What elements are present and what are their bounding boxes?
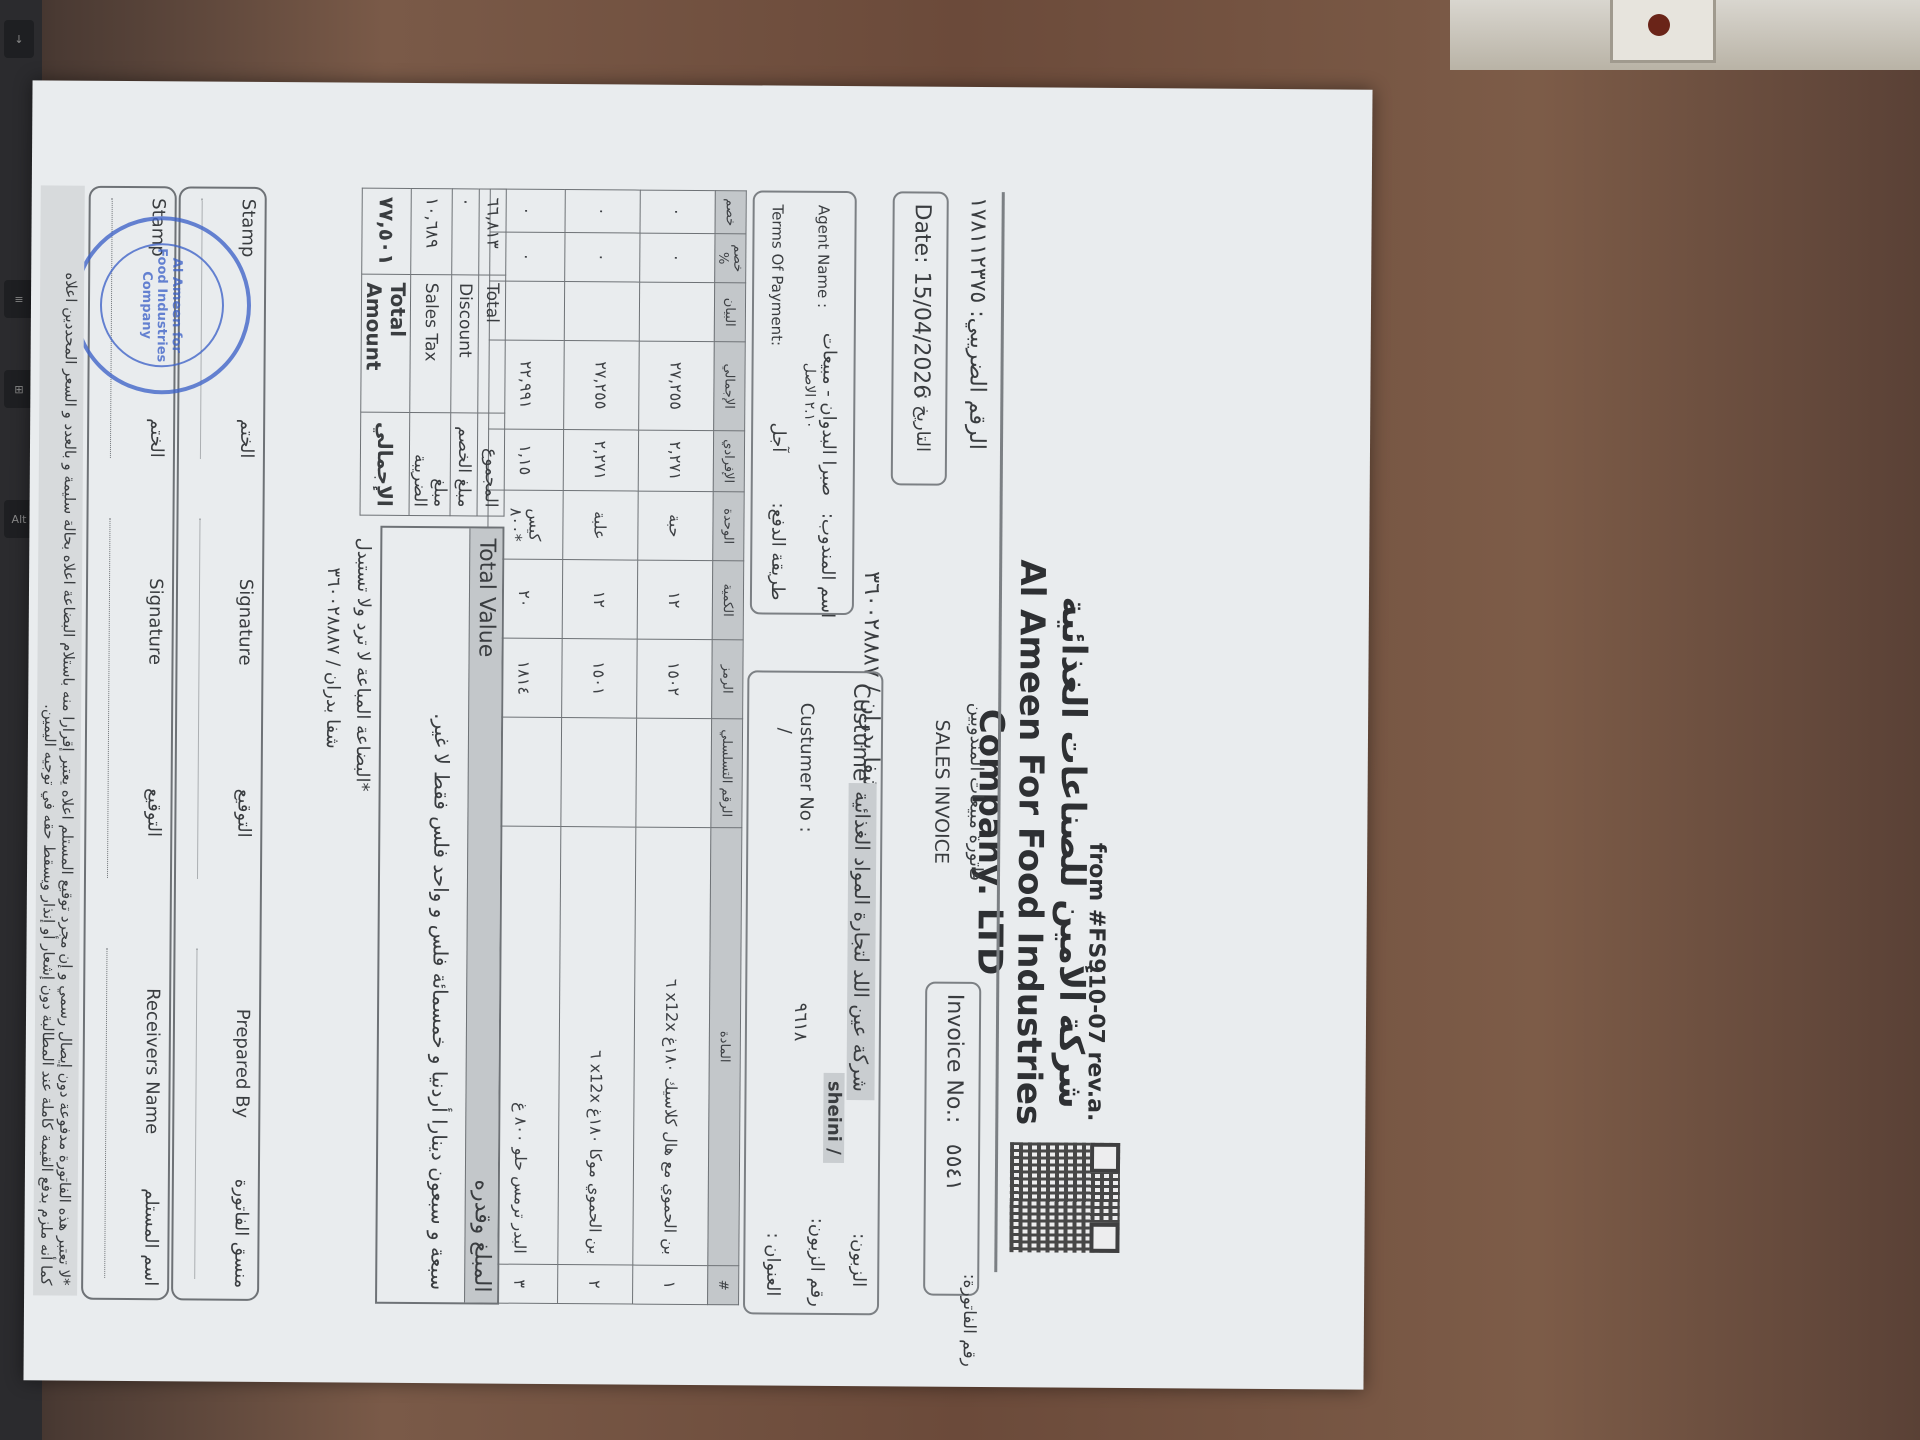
clip-dot <box>1648 14 1670 36</box>
col-discount-pct: خصم % <box>715 234 746 283</box>
totals-row: ٦٦,٨١٣Totalالمجموع <box>477 189 506 516</box>
keyboard-key: ↓ <box>4 20 34 58</box>
cell-code: ١٥٠٢ <box>637 639 713 719</box>
cell-number: ١ <box>633 1265 708 1305</box>
totals-table: ٦٦,٨١٣Totalالمجموع٠Discountمبلغ الخصم١٠,… <box>360 188 507 517</box>
invoice-no-label-ar: رقم الفاتورة: <box>959 1307 979 1367</box>
totals-label-en: Total <box>478 275 506 413</box>
invoice-no-label: Invoice No.: <box>941 994 967 1124</box>
receiver-signature-label-ar: التوقيع <box>143 788 164 837</box>
agent-name-value: صبرا البدوان - مبيعات <box>818 333 840 496</box>
col-note: البيان <box>714 283 745 342</box>
cell-discount-pct: ٠ <box>565 233 640 283</box>
invoice-page: شركة الأمين للصناعات الغذائية Al Ameen F… <box>99 96 1288 1364</box>
cell-discount-pct: ٠ <box>640 233 715 283</box>
amount-in-words: سبعة و سبعون دينارا أردنيا و خمسمائة فلس… <box>423 550 458 1290</box>
prepared-signature-line[interactable] <box>197 519 201 879</box>
prepared-by-label-ar: منسق الفاتورة <box>230 1179 252 1289</box>
keyboard-key: ≡ <box>4 280 34 318</box>
cell-code: ١٥٠١ <box>562 639 638 719</box>
customer-no-label: Custumer No : <box>795 703 817 833</box>
cell-note <box>639 282 714 342</box>
receiver-name-line[interactable] <box>104 948 107 1278</box>
doc-title-ar: فاتورة مبيعات المندوبين <box>965 662 988 922</box>
prepared-by-line[interactable] <box>194 949 197 1279</box>
prepared-signature-label-ar: التوقيع <box>233 789 254 838</box>
clip-holder <box>1610 0 1716 63</box>
amount-in-words-label: المبلغ وقدره <box>469 1179 495 1292</box>
address-label-ar: العنوان : <box>762 1232 783 1296</box>
customer-no-slash: / <box>774 728 795 734</box>
cell-unit-price: ٢,٢٧١ <box>563 430 638 492</box>
prepared-by-label: Prepared By <box>231 1009 253 1118</box>
customer-box: Custume شركة عين اللد لتجارة المواد الغذ… <box>743 670 883 1315</box>
payment-label-ar: طريقة الدفع: <box>767 502 789 600</box>
customer-no-value: ٩٦١٨ <box>790 1003 811 1042</box>
customer-label: Custume <box>848 683 874 781</box>
cell-serial <box>561 718 637 828</box>
payment-label: Terms Of Payment: <box>768 204 787 346</box>
receiver-name-label-ar: اسم المستلم <box>140 1188 162 1286</box>
totals-label-ar: المجموع <box>477 413 505 516</box>
date-label: Date: <box>909 203 934 263</box>
date-value: 15/04/2026 <box>908 271 934 398</box>
receiver-stamp-label-ar: الختم <box>146 418 167 458</box>
cell-total: ٢٧,٢٥٥ <box>639 341 715 431</box>
table-row: ٠٠٢٧,٢٥٥٢,٢٧١حبة١٢١٥٠٢بن الحموي مع هال ك… <box>633 190 716 1304</box>
cell-number: ٢ <box>558 1265 633 1305</box>
totals-label-en: Discount <box>451 274 479 412</box>
receiver-signature-line[interactable] <box>107 518 111 878</box>
col-discount: خصم <box>715 191 746 234</box>
totals-value: ٦٦,٨١٣ <box>479 189 507 275</box>
col-total: الإجمالي <box>714 342 746 431</box>
form-number: from #FS910-07 rev.a. <box>1082 843 1109 1122</box>
total-value-box: Total Value المبلغ وقدره سبعة و سبعون دي… <box>375 526 504 1305</box>
totals-label-ar: الإجمالي <box>360 412 410 516</box>
items-table: خصم خصم % البيان الإجمالي الإفرادي الوحد… <box>482 189 747 1306</box>
totals-row: ١٠,٦٨٩Sales Taxمبلغ الضريبة <box>409 188 452 515</box>
prepared-stamp-label-ar: الختم <box>236 419 257 459</box>
cell-serial <box>636 718 712 828</box>
totals-row: ٠Discountمبلغ الخصم <box>450 189 479 516</box>
receiver-signature-label: Signature <box>144 578 166 665</box>
branch-note: شفا بدران / ٣٦٠٠٢٨٨٨٧ <box>322 567 344 748</box>
payment-value: آجل <box>768 422 789 452</box>
col-serial: الرقم التسلسلي <box>711 719 743 828</box>
col-item: المادة <box>708 828 742 1266</box>
cell-item: بن الحموي موكا ١٨٠غ x12x ٦ <box>558 827 636 1266</box>
totals-row: ٧٧,٥٠١Total Amountالإجمالي <box>360 188 411 515</box>
col-code: الرمز <box>712 640 744 719</box>
cell-unit: علبة <box>563 491 638 561</box>
invoice-no-value: ٥٥٤١ <box>941 1144 966 1191</box>
disclaimer: *لا تعتبر هذه الفاتورة مدفوعة دون إيصال … <box>33 185 85 1295</box>
col-unit: الوحدة <box>713 492 744 561</box>
cell-note <box>564 282 639 342</box>
cell-item: بن الحموي مع هال كلاسيك ١٨٠غ x12x ٦ <box>633 827 711 1266</box>
doc-title-en: SALES INVOICE <box>930 662 954 922</box>
totals-value: ١٠,٦٨٩ <box>411 188 453 274</box>
tax-number: الرقم الضريبي: ١٧٨١١٢٣٧٥ <box>964 197 991 450</box>
invoice-paper: شركة الأمين للصناعات الغذائية Al Ameen F… <box>23 80 1372 1389</box>
cell-unit-price: ٢,٢٧١ <box>638 430 713 492</box>
customer-label-ar: الزبون: <box>848 1233 869 1287</box>
date-label-ar: التاريخ : <box>912 393 933 452</box>
agent-box: Agent Name : صبرا البدوان - مبيعات ٢.١٠ … <box>750 190 857 615</box>
cell-unit: حبة <box>638 491 713 561</box>
company-stamp: Al Ameen for Food Industries Company <box>72 216 251 395</box>
totals-value: ٠ <box>452 189 480 275</box>
col-unit-price: الإفرادي <box>713 431 744 492</box>
agent-name-label: Agent Name : <box>814 205 833 308</box>
invoice-number-box: Invoice No.: ٥٥٤١ <box>923 982 981 1296</box>
prepared-stamp-label: Stamp <box>237 199 258 258</box>
totals-label-ar: مبلغ الضريبة <box>409 412 451 515</box>
company-stamp-inner: Al Ameen for Food Industries Company <box>100 243 225 368</box>
total-value-header: Total Value المبلغ وقدره <box>464 528 502 1302</box>
totals-value: ٧٧,٥٠١ <box>362 188 412 274</box>
total-value-label: Total Value <box>474 538 500 657</box>
totals-label-ar: مبلغ الخصم <box>450 413 478 516</box>
return-policy: *البضاعة المباعة لا ترد ولا تستبدل <box>352 538 375 792</box>
cell-qty: ١٢ <box>562 560 638 640</box>
cell-discount: ٠ <box>640 190 715 234</box>
receiver-name-label: Receivers Name <box>141 988 163 1134</box>
cell-total: ٢٧,٢٥٥ <box>564 341 640 431</box>
customer-name-en: sheini / <box>823 1073 845 1163</box>
agent-name-label-ar: اسم المندوب: <box>817 513 839 618</box>
agent-name-sub: ٢.١٠ الاصل <box>801 363 817 429</box>
col-qty: الكمية <box>712 561 744 640</box>
totals-label-en: Total Amount <box>361 274 411 413</box>
cell-qty: ١٢ <box>637 560 713 640</box>
prepared-signature-label: Signature <box>234 579 256 666</box>
totals-label-en: Sales Tax <box>410 274 452 412</box>
table-row: ٠٠٢٧,٢٥٥٢,٢٧١علبة١٢١٥٠١بن الحموي موكا ١٨… <box>558 190 641 1304</box>
cell-discount: ٠ <box>565 190 640 234</box>
date-box: Date: 15/04/2026 التاريخ : <box>891 191 949 485</box>
customer-name-ar: شركة عين اللد لتجارة المواد الغذائية <box>846 783 876 1100</box>
customer-no-label-ar: رقم الزبون: <box>806 1218 828 1307</box>
col-number: # <box>708 1266 739 1305</box>
